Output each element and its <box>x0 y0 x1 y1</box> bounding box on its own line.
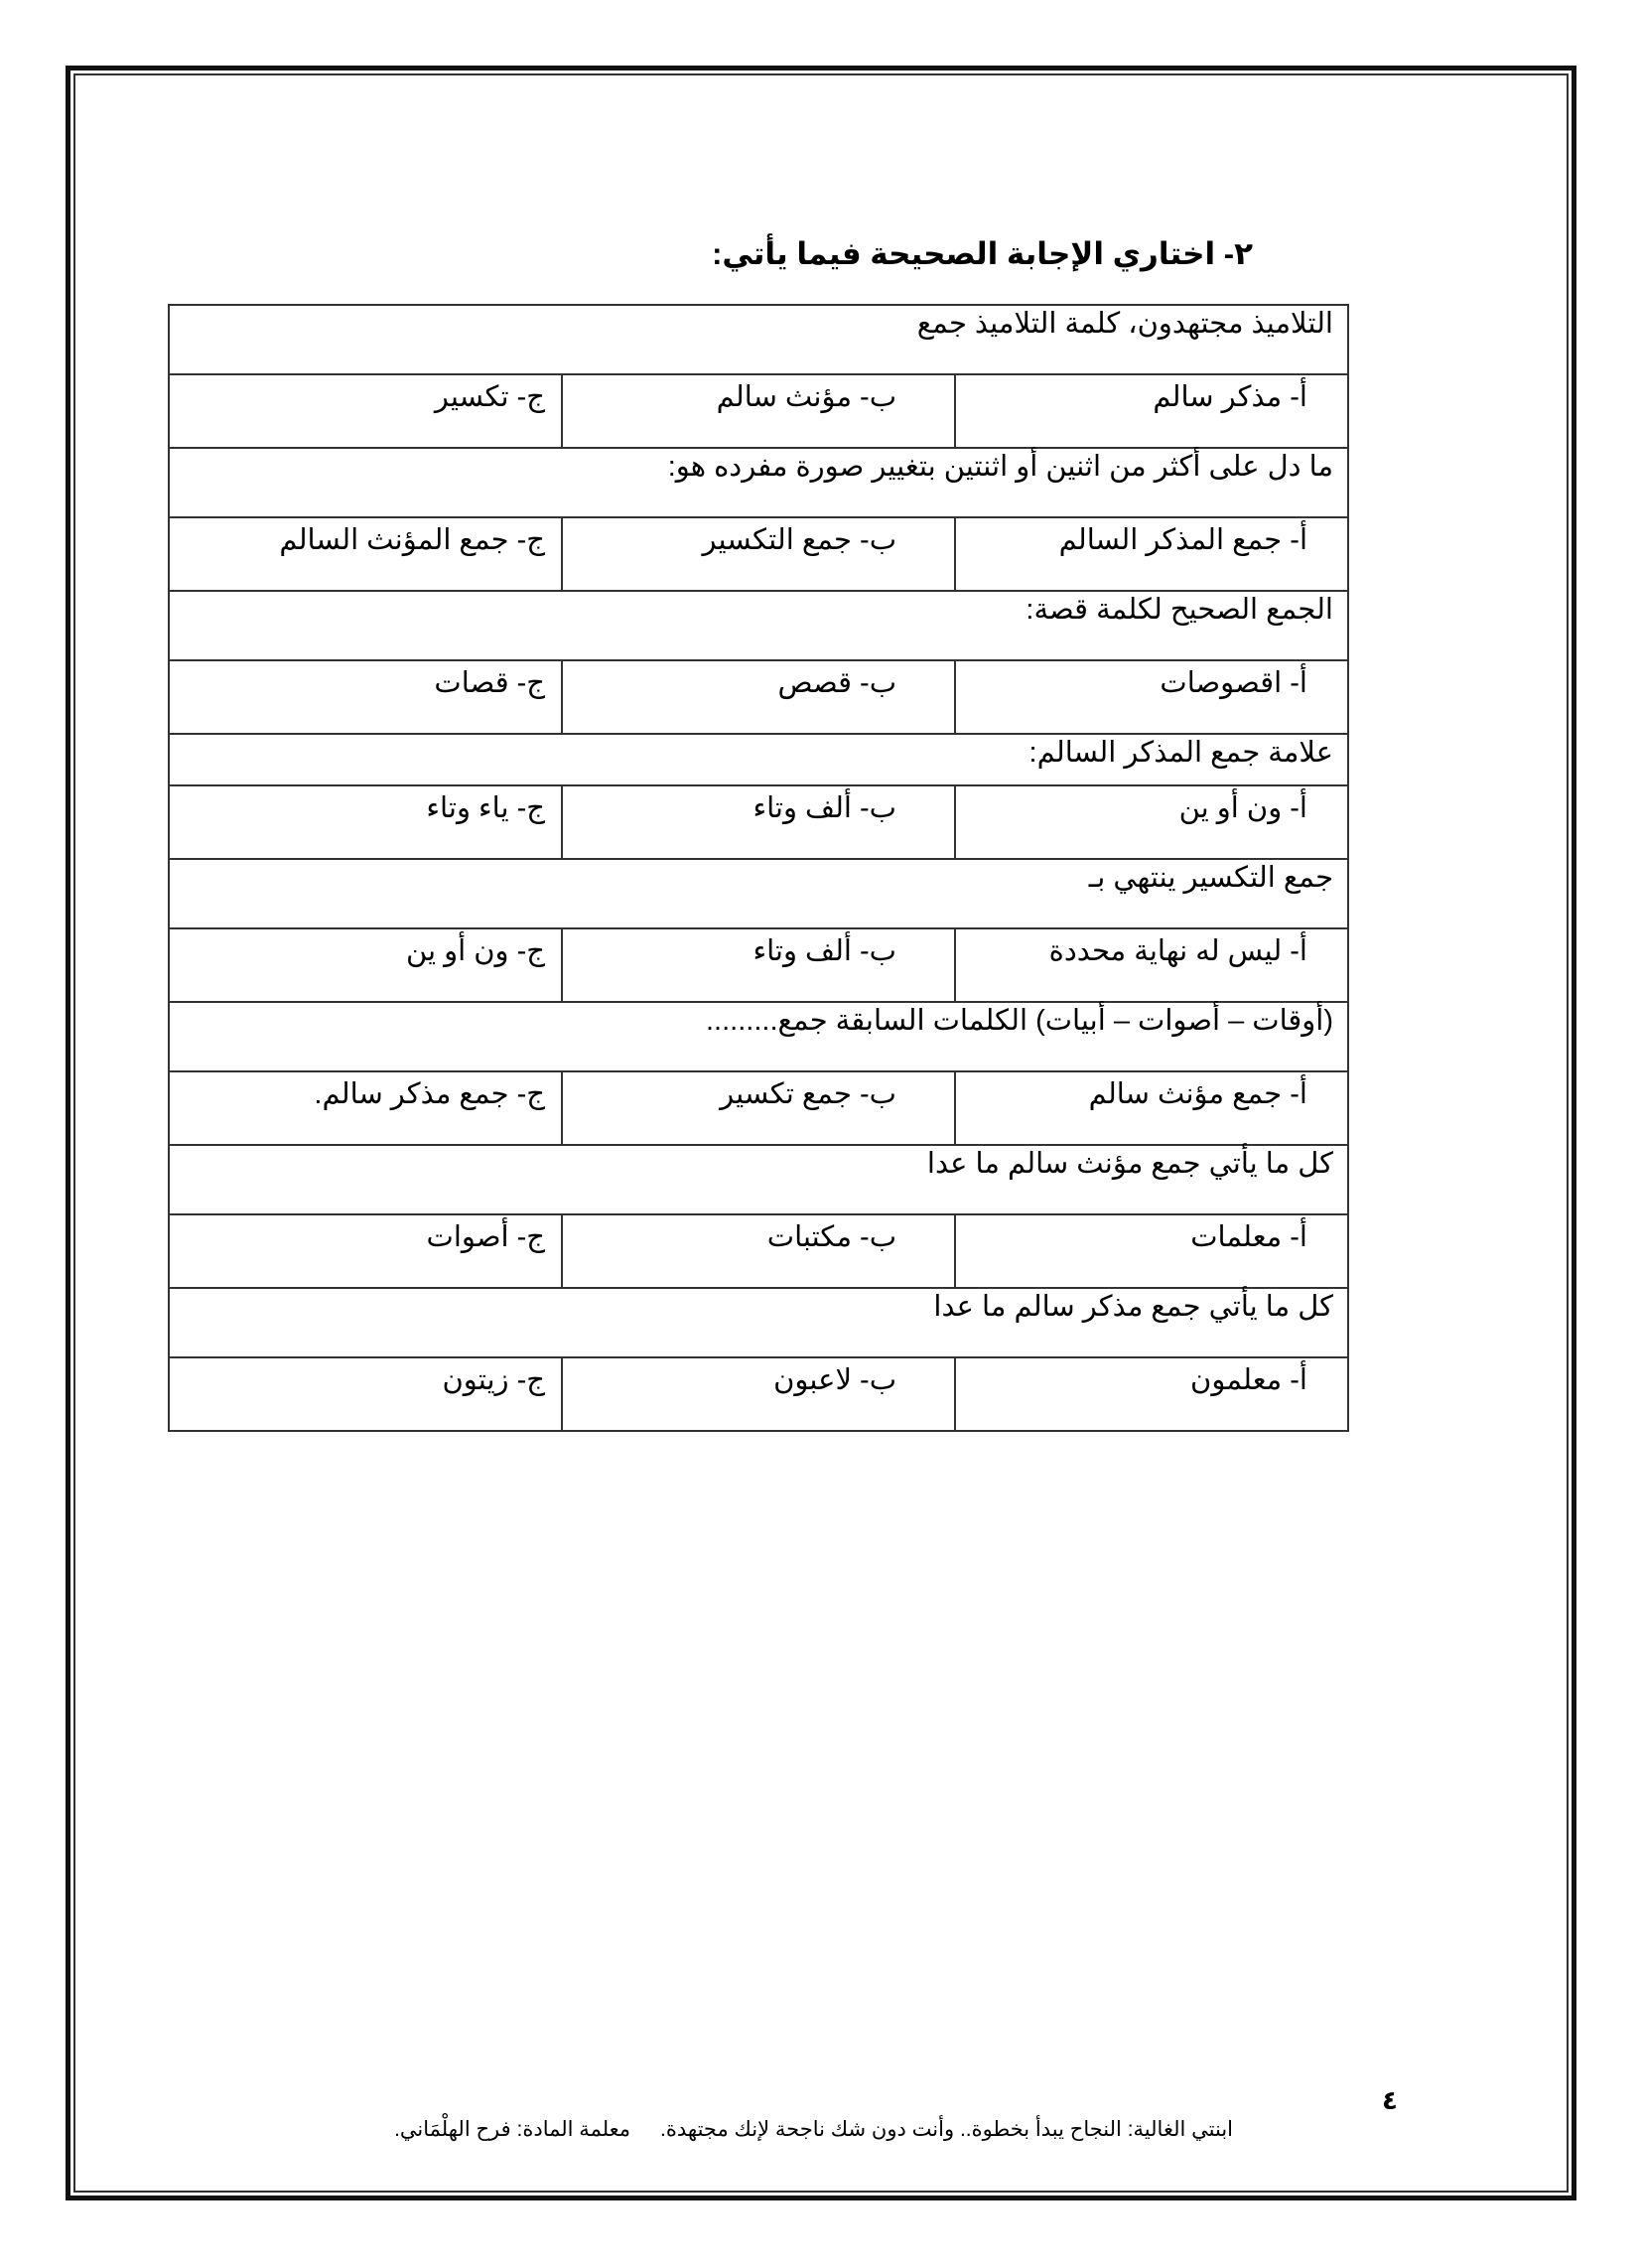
option-b[interactable]: ب- ألف وتاء <box>562 928 955 1002</box>
question-row: علامة جمع المذكر السالم: <box>169 734 1348 785</box>
option-a[interactable]: أ- مذكر سالم <box>955 374 1348 448</box>
option-b[interactable]: ب- قصص <box>562 660 955 734</box>
question-row: كل ما يأتي جمع مؤنث سالم ما عدا <box>169 1145 1348 1214</box>
footer: ابنتي الغالية: النجاح يبدأ بخطوة.. وأنت … <box>394 2117 1233 2142</box>
page-number: ٤ <box>1382 2085 1398 2116</box>
option-c[interactable]: ج- أصوات <box>169 1214 562 1288</box>
option-b[interactable]: ب- مؤنث سالم <box>562 374 955 448</box>
option-b[interactable]: ب- ألف وتاء <box>562 785 955 859</box>
option-c[interactable]: ج- ون أو ين <box>169 928 562 1002</box>
question-row: ما دل على أكثر من اثنين أو اثنتين بتغيير… <box>169 448 1348 517</box>
question-text: التلاميذ مجتهدون، كلمة التلاميذ جمع <box>169 305 1348 374</box>
option-b[interactable]: ب- مكتبات <box>562 1214 955 1288</box>
option-c[interactable]: ج- زيتون <box>169 1357 562 1431</box>
question-text: كل ما يأتي جمع مذكر سالم ما عدا <box>169 1288 1348 1357</box>
question-text: ما دل على أكثر من اثنين أو اثنتين بتغيير… <box>169 448 1348 517</box>
option-b[interactable]: ب- جمع تكسير <box>562 1071 955 1145</box>
option-a[interactable]: أ- اقصوصات <box>955 660 1348 734</box>
question-text: الجمع الصحيح لكلمة قصة: <box>169 591 1348 660</box>
option-a[interactable]: أ- معلمون <box>955 1357 1348 1431</box>
options-row: أ- معلمات ب- مكتبات ج- أصوات <box>169 1214 1348 1288</box>
question-row: (أوقات – أصوات – أبيات) الكلمات السابقة … <box>169 1002 1348 1071</box>
options-row: أ- جمع المذكر السالم ب- جمع التكسير ج- ج… <box>169 517 1348 591</box>
options-row: أ- معلمون ب- لاعبون ج- زيتون <box>169 1357 1348 1431</box>
footer-teacher: معلمة المادة: فرح الهلْمَاني. <box>394 2118 630 2141</box>
multiple-choice-table: التلاميذ مجتهدون، كلمة التلاميذ جمع أ- م… <box>168 304 1349 1432</box>
section-title: ٢- اختاري الإجابة الصحيحة فيما يأتي: <box>712 236 1253 272</box>
question-row: الجمع الصحيح لكلمة قصة: <box>169 591 1348 660</box>
option-c[interactable]: ج- قصات <box>169 660 562 734</box>
question-row: جمع التكسير ينتهي بـ <box>169 859 1348 928</box>
option-a[interactable]: أ- جمع مؤنث سالم <box>955 1071 1348 1145</box>
question-row: التلاميذ مجتهدون، كلمة التلاميذ جمع <box>169 305 1348 374</box>
options-row: أ- اقصوصات ب- قصص ج- قصات <box>169 660 1348 734</box>
options-row: أ- مذكر سالم ب- مؤنث سالم ج- تكسير <box>169 374 1348 448</box>
option-a[interactable]: أ- معلمات <box>955 1214 1348 1288</box>
question-text: (أوقات – أصوات – أبيات) الكلمات السابقة … <box>169 1002 1348 1071</box>
footer-motto: ابنتي الغالية: النجاح يبدأ بخطوة.. وأنت … <box>660 2118 1233 2141</box>
option-c[interactable]: ج- جمع المؤنث السالم <box>169 517 562 591</box>
option-c[interactable]: ج- ياء وتاء <box>169 785 562 859</box>
options-row: أ- ون أو ين ب- ألف وتاء ج- ياء وتاء <box>169 785 1348 859</box>
option-c[interactable]: ج- جمع مذكر سالم. <box>169 1071 562 1145</box>
option-c[interactable]: ج- تكسير <box>169 374 562 448</box>
question-text: كل ما يأتي جمع مؤنث سالم ما عدا <box>169 1145 1348 1214</box>
options-row: أ- ليس له نهاية محددة ب- ألف وتاء ج- ون … <box>169 928 1348 1002</box>
option-a[interactable]: أ- ليس له نهاية محددة <box>955 928 1348 1002</box>
question-row: كل ما يأتي جمع مذكر سالم ما عدا <box>169 1288 1348 1357</box>
option-b[interactable]: ب- لاعبون <box>562 1357 955 1431</box>
option-b[interactable]: ب- جمع التكسير <box>562 517 955 591</box>
question-text: جمع التكسير ينتهي بـ <box>169 859 1348 928</box>
option-a[interactable]: أ- جمع المذكر السالم <box>955 517 1348 591</box>
options-row: أ- جمع مؤنث سالم ب- جمع تكسير ج- جمع مذك… <box>169 1071 1348 1145</box>
question-text: علامة جمع المذكر السالم: <box>169 734 1348 785</box>
option-a[interactable]: أ- ون أو ين <box>955 785 1348 859</box>
